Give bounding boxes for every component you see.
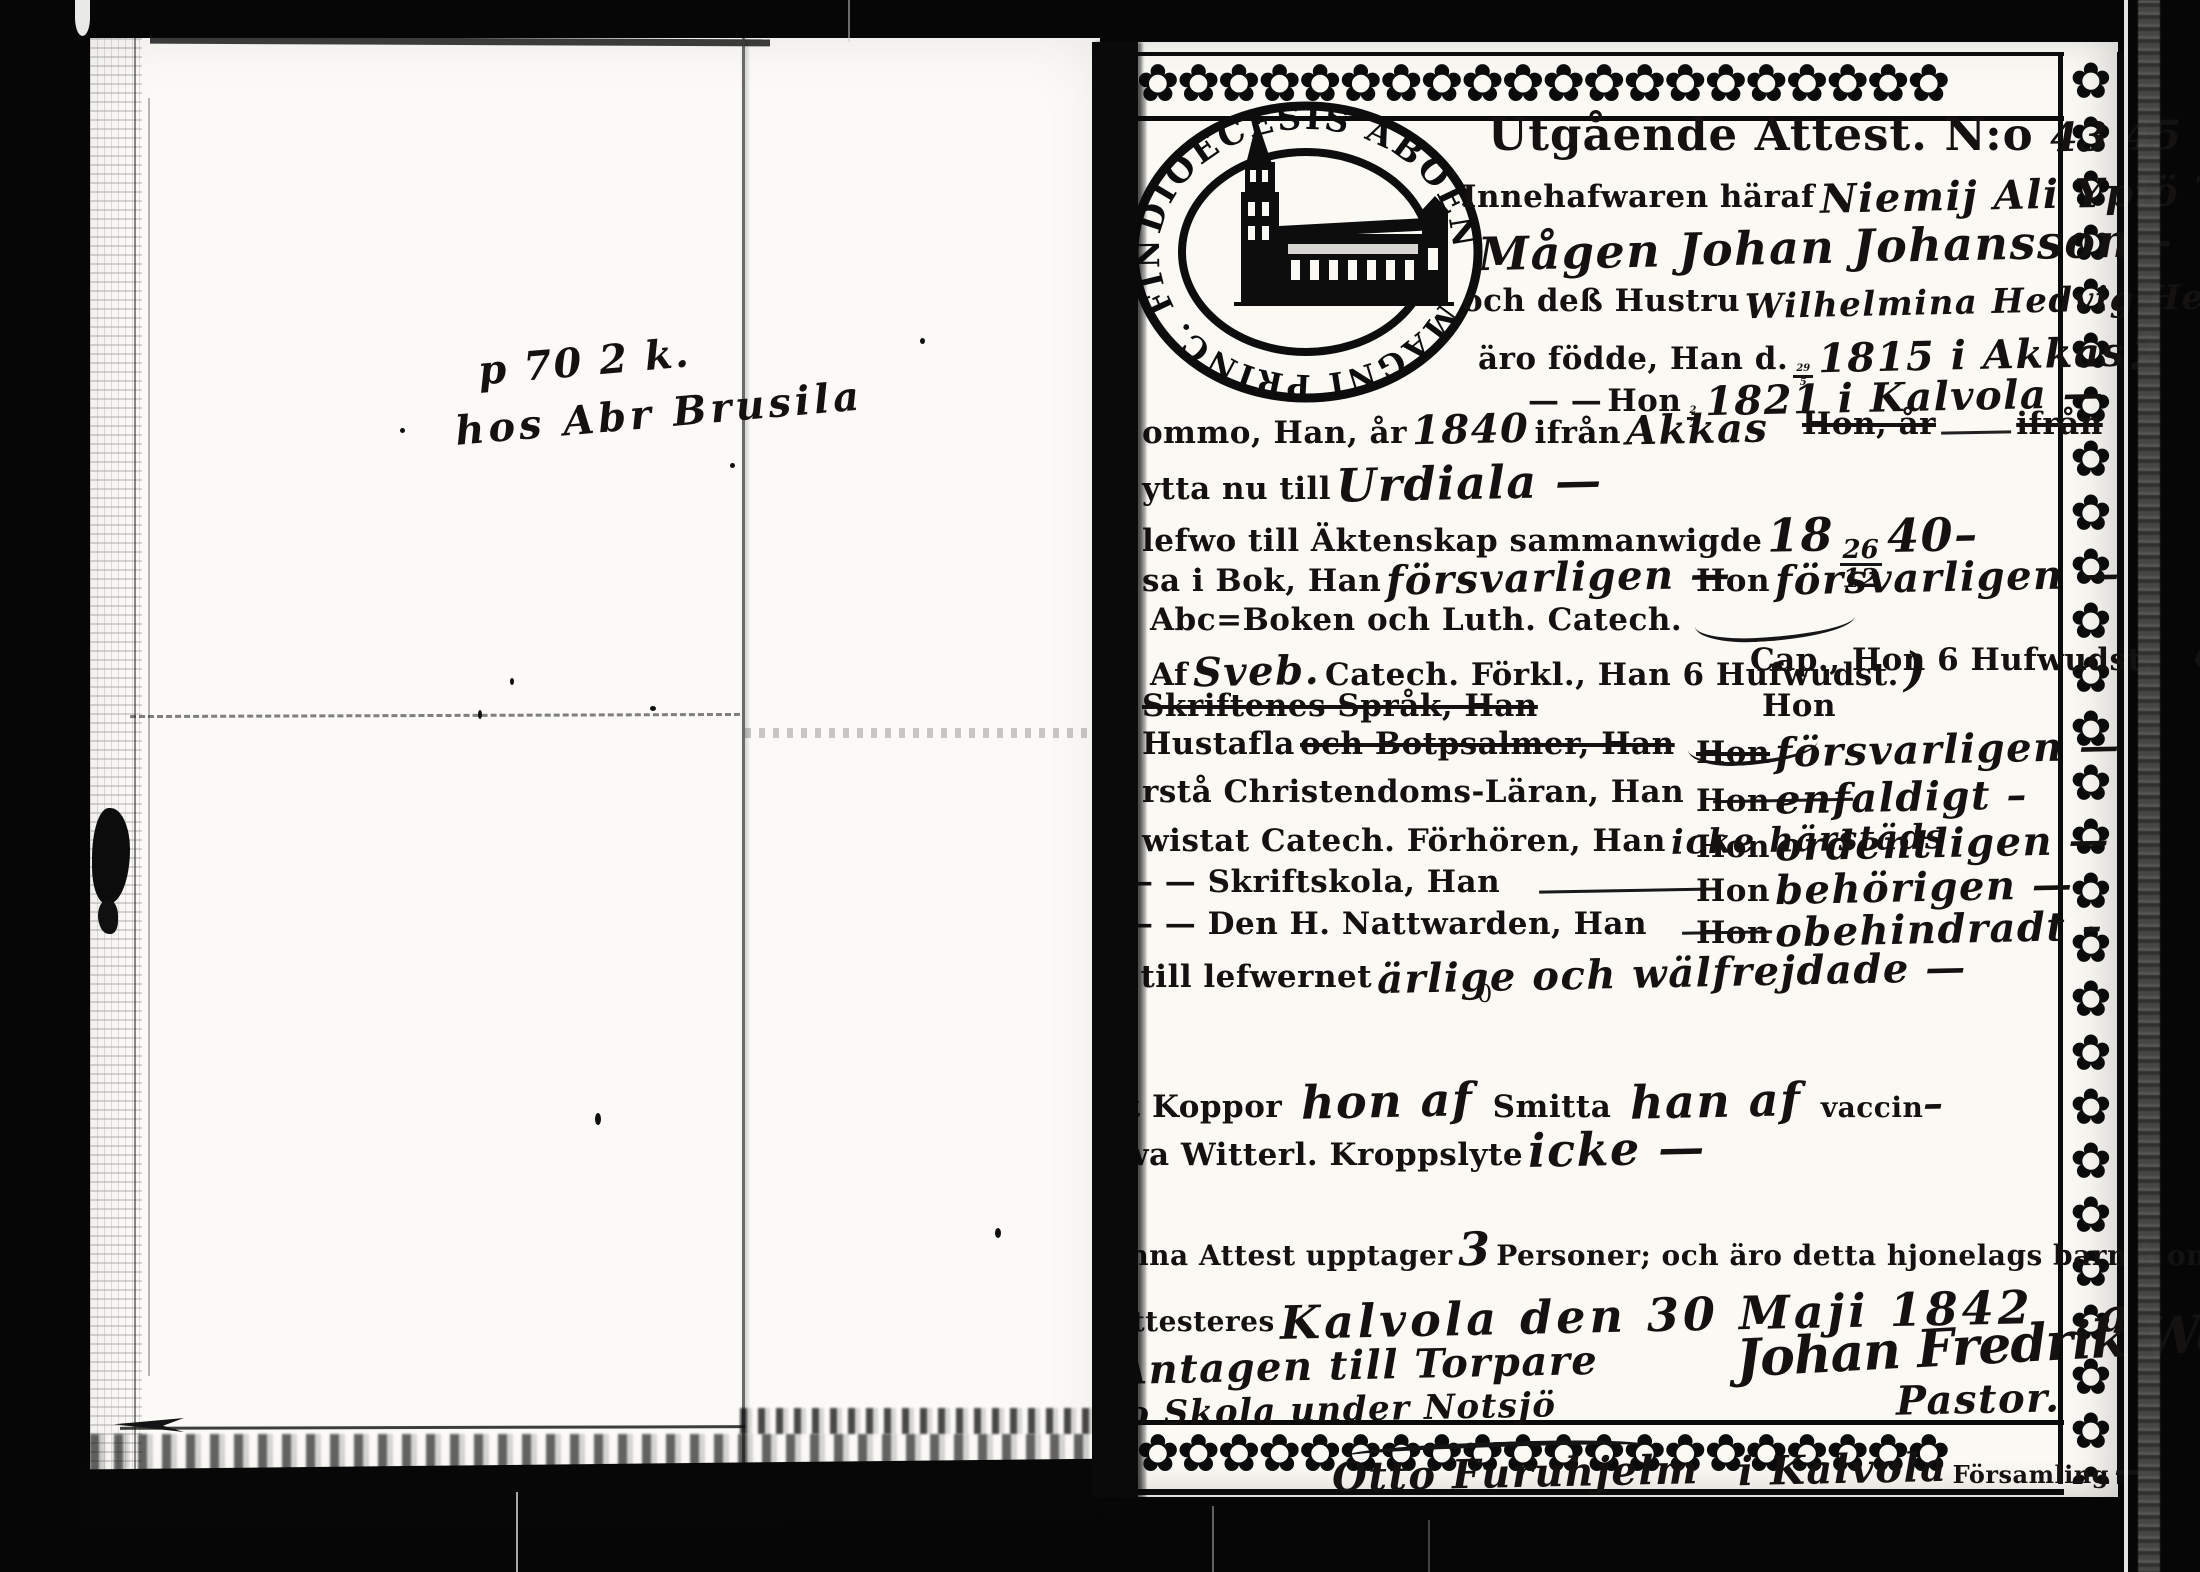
- ink-blot: [98, 900, 118, 934]
- page-edge-line: [134, 38, 136, 1490]
- her-column: Hon försvarligen —: [1696, 554, 2121, 601]
- arrival-place-handwritten: Akkas: [1626, 405, 1769, 455]
- grade-he-handwritten: försvarligen —: [1386, 550, 1732, 604]
- printed-label: Hon: [1696, 563, 1770, 599]
- page-edge-line: [148, 98, 150, 1376]
- persons-count-handwritten: 3: [1457, 1222, 1492, 1277]
- row-moving-to: ytta nu till Urdiala —: [1142, 456, 1603, 510]
- printed-label: fwa Witterl. Kroppslyte: [1108, 1137, 1523, 1173]
- printed-label: Hon: [1696, 915, 1770, 951]
- printed-label: ommo, Han, år: [1142, 415, 1407, 451]
- archival-scan: p 70 2 k. hos Abr Brusila ✿✿✿✿✿✿✿✿✿✿✿✿✿✿…: [0, 0, 2200, 1572]
- speck: [650, 706, 656, 711]
- parish-place-handwritten: i Kalvola: [1738, 1444, 1948, 1495]
- her-column: Hon enfaldigt –: [1696, 774, 2028, 821]
- pastor-title-handwritten: Pastor.: [1896, 1374, 2061, 1424]
- crease-line: [740, 1408, 1100, 1434]
- printed-label: Innehafwaren häraf: [1462, 179, 1815, 215]
- page-top-edge: [150, 37, 770, 47]
- speck: [510, 678, 514, 685]
- scratch-line: [1212, 1506, 1214, 1572]
- printed-label: Hon: [1696, 873, 1770, 909]
- printed-label: vaccin: [1821, 1091, 1924, 1124]
- printed-label: ytta nu till: [1142, 471, 1331, 507]
- row-holder-2: Mågen Johan Johansson –: [1478, 220, 2173, 274]
- struck-printed: och Botpsalmer, Han: [1300, 726, 1675, 762]
- destination-handwritten: Urdiala —: [1336, 453, 1604, 513]
- page-bottom-shadow: [80, 1459, 1121, 1530]
- row-bodily-defect: fwa Witterl. Kroppslyte icke —: [1108, 1122, 1706, 1176]
- printed-label: sa i Bok, Han: [1142, 563, 1381, 599]
- printed-label: enna Attest upptager: [1110, 1239, 1453, 1272]
- struck-printed: Skriftenes Språk, Han: [1142, 688, 1538, 724]
- crease-line: [120, 1425, 745, 1430]
- printed-label: rstå Christendoms-Läran, Han: [1142, 774, 1684, 810]
- speck: [920, 338, 925, 344]
- printed-label: o till lefwernet: [1108, 959, 1372, 995]
- struck-printed: ifrån: [2016, 406, 2103, 442]
- row-holy-communion: — — Den H. Nattwarden, Han Hon obehindra…: [1122, 906, 2102, 942]
- left-page: p 70 2 k. hos Abr Brusila: [90, 38, 1100, 1490]
- row-holder: Innehafwaren häraf Niemij Ali Ypiö Torpa…: [1462, 170, 2200, 217]
- row-christendom: rstå Christendoms-Läran, Han Hon enfaldi…: [1142, 774, 2102, 810]
- corner-light-mark: [75, 0, 90, 36]
- crease-line: [130, 713, 740, 718]
- struck-printed: Hon: [1696, 735, 1770, 771]
- printed-label: Hon: [1696, 829, 1770, 865]
- speck: [595, 1113, 601, 1125]
- printed-label: ifrån: [1534, 415, 1621, 451]
- attest-number-handwritten: 43 45: [2050, 112, 2184, 162]
- binding-gutter-shadow: [1092, 42, 1138, 1497]
- attest-page: ✿✿✿✿✿✿✿✿✿✿✿✿✿✿✿✿✿✿✿✿ ✿✿✿✿✿✿✿✿✿✿✿✿✿✿✿✿✿✿✿…: [1096, 42, 2118, 1497]
- row-hustafla: Hustafla och Botpsalmer, Han Hon försvar…: [1142, 726, 2102, 765]
- row-arrived: ommo, Han, år 1840 ifrån Akkas Hon, år i…: [1142, 406, 2102, 453]
- row-abc-book: Abc=Boken och Luth. Catech.: [1150, 602, 1855, 641]
- printed-label: Hustafla: [1142, 726, 1295, 762]
- printed-label: Personer; och äro detta hjonelags barn å…: [1496, 1239, 2200, 1272]
- diocese-seal: DIOECESIS ABOENSIS. MAGNI PRINC. FIN.: [1126, 98, 1486, 406]
- printed-label: wistat Catech. Förhören, Han: [1142, 823, 1666, 859]
- crease-line: [745, 728, 1100, 738]
- printed-label: — — Den H. Nattwarden, Han: [1122, 906, 1647, 942]
- grade-she-handwritten: enfaldigt –: [1775, 771, 2029, 823]
- margin-note: p 70 2 k. hos Abr Brusila: [476, 310, 866, 459]
- film-edge-line: [2124, 0, 2128, 1572]
- fold-line-vertical: [742, 38, 745, 1490]
- row-wife: och deß Hustru Wilhelmina Hedvig Henrics…: [1462, 280, 2200, 320]
- flourish-line: [1695, 606, 1856, 644]
- her-column: Hon ordentligen —: [1696, 820, 2110, 867]
- scratch-line: [1428, 1520, 1430, 1572]
- struck-printed: Hon, år: [1802, 406, 1936, 442]
- printed-label: äro födde, Han d.: [1478, 341, 1788, 377]
- film-edge-band: [2138, 0, 2160, 1572]
- printed-label: Smitta: [1493, 1089, 1612, 1125]
- arrival-year-handwritten: 1840: [1412, 405, 1530, 454]
- title-printed: Utgående Attest. N:o: [1488, 108, 2034, 161]
- grade-she-handwritten: försvarligen —: [1775, 550, 2121, 604]
- printed-label: Abc=Boken och Luth. Catech.: [1150, 602, 1682, 638]
- speck: [400, 428, 405, 433]
- struck-printed: Cap.: [2195, 642, 2200, 678]
- printed-label: och deß Hustru: [1462, 283, 1740, 319]
- stray-mark: 0: [1477, 980, 1492, 1008]
- printed-parish-label: Församling: [1953, 1460, 2109, 1489]
- speck: [478, 710, 482, 719]
- printed-label: Cap., Hon 6 Hufwudst.: [1750, 642, 2154, 678]
- row-scripture-language: Skriftenes Språk, Han Hon: [1142, 688, 2102, 724]
- row-persons-count: enna Attest upptager 3 Personer; och äro…: [1110, 1222, 2200, 1276]
- speck: [730, 463, 735, 468]
- row-smallpox: ft Koppor hon af Smitta han af vaccin–: [1112, 1074, 1945, 1128]
- struck-her-column: Hon, år ifrån: [1802, 406, 2103, 442]
- scratch-line: [848, 0, 850, 42]
- row-confirmation-school: — — Skriftskola, Han Hon behörigen —: [1122, 864, 2102, 900]
- dash-handwritten: –: [1923, 1080, 1945, 1127]
- her-column: Hon: [1762, 688, 1836, 724]
- row-catechism-hearings: wistat Catech. Förhören, Han icke härstä…: [1142, 820, 2102, 860]
- conduct-handwritten: ärlige och wälfrejdade —: [1377, 944, 1968, 1003]
- attest-title: Utgående Attest. N:o 43 45 för år 1842.: [1488, 108, 2200, 161]
- her-column: Hon försvarligen —: [1696, 726, 2121, 773]
- defect-handwritten: icke —: [1528, 1120, 1707, 1178]
- printed-label: — — Skriftskola, Han: [1122, 864, 1500, 900]
- speck: [995, 1228, 1001, 1238]
- printed-label: Hon: [1696, 783, 1770, 819]
- printed-label: Hon: [1762, 688, 1836, 724]
- scratch-line: [516, 1492, 518, 1572]
- grade-she-handwritten: försvarligen —: [1775, 722, 2121, 776]
- row-parish: i Kalvola Församling —: [1738, 1446, 2156, 1493]
- row-conduct: o till lefwernet ärlige och wälfrejdade …: [1108, 950, 1967, 997]
- wife-name-handwritten: Wilhelmina Hedvig Henricsdotter: [1745, 273, 2200, 327]
- row-reading: sa i Bok, Han försvarligen — Hon försvar…: [1142, 554, 2102, 601]
- holder-name-2-handwritten: Mågen Johan Johansson –: [1478, 213, 2174, 282]
- her-column: Cap., Hon 6 Hufwudst. Cap.: [1750, 642, 2200, 678]
- witness-signature: Otto Furuhjelm: [1332, 1446, 1700, 1501]
